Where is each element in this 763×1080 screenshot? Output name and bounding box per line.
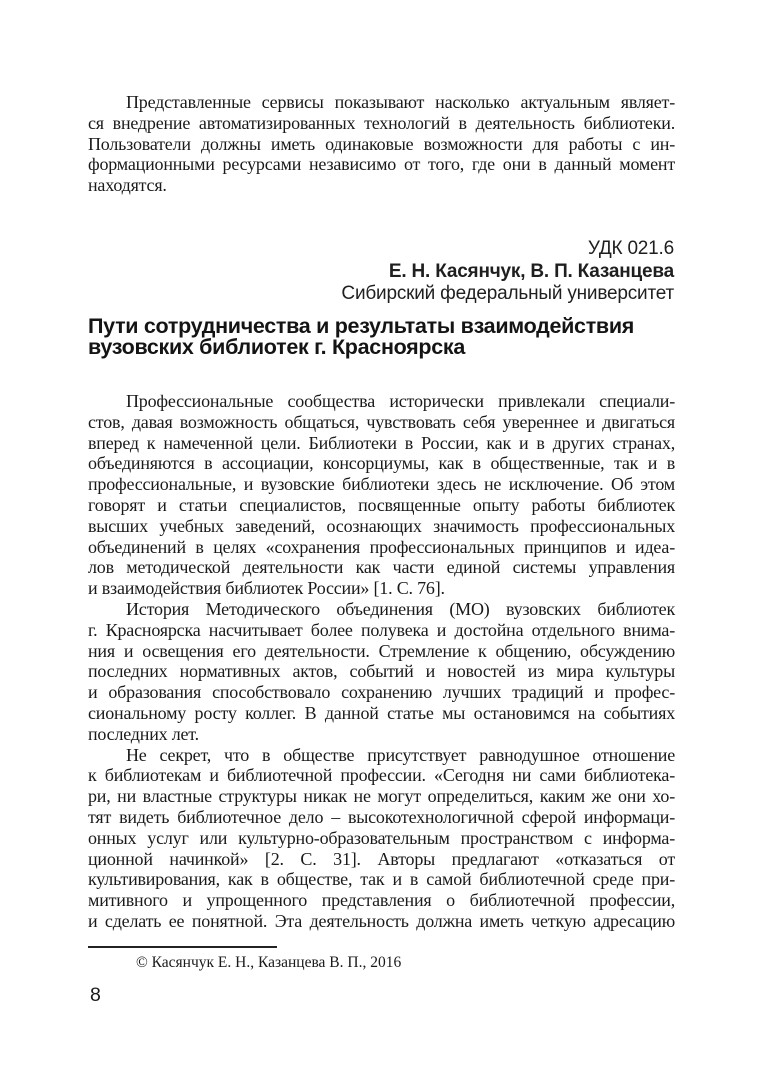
text-line: вузовских библиотек г. Красноярска <box>88 337 675 358</box>
footnote: © Касянчук Е. Н., Казанцева В. П., 2016 <box>88 954 675 972</box>
text-line: Не секрет, что в обществе присутствует р… <box>88 745 675 766</box>
text-line: объединений в целях «сохранения професси… <box>88 537 675 558</box>
text-line: лов методической деятельности как части … <box>88 557 675 578</box>
authors: Е. Н. Касянчук, В. П. Казанцева <box>341 261 674 284</box>
text-line: онных услуг или культурно-образовательны… <box>88 828 675 849</box>
footnote-rule <box>88 946 277 948</box>
text-line: ния и освещения его деятельности. Стремл… <box>88 641 675 662</box>
text-line: сиональному росту коллег. В данной стать… <box>88 703 675 724</box>
text-line: находятся. <box>88 175 675 196</box>
document-page: Представленные сервисы показывают наскол… <box>0 0 763 1080</box>
text-line: высших учебных заведений, осознающих зна… <box>88 516 675 537</box>
affiliation: Сибирский федеральный университет <box>341 283 674 306</box>
text-line: ся внедрение автоматизированных технолог… <box>88 113 675 134</box>
text-line: культивирования, как в обществе, так и в… <box>88 869 675 890</box>
text-line: формационными ресурсами независимо от то… <box>88 154 675 175</box>
text-line: и взаимодействия библиотек России» [1. С… <box>88 578 675 599</box>
text-line: тят видеть библиотечное дело – высокотех… <box>88 807 675 828</box>
text-line: Профессиональные сообщества исторически … <box>88 391 675 412</box>
paragraph: Не секрет, что в обществе присутствует р… <box>88 745 675 932</box>
text-line: Пути сотрудничества и результаты взаимод… <box>88 316 675 337</box>
article-meta: УДК 021.6 Е. Н. Касянчук, В. П. Казанцев… <box>341 238 674 306</box>
text-line: стов, давая возможность общаться, чувств… <box>88 412 675 433</box>
text-line: последних нормативных актов, событий и н… <box>88 661 675 682</box>
text-line: Представленные сервисы показывают наскол… <box>88 92 675 113</box>
text-line: говорят и статьи специалистов, посвященн… <box>88 495 675 516</box>
text-line: и образования способствовало сохранению … <box>88 682 675 703</box>
text-line: г. Красноярска насчитывает более полувек… <box>88 620 675 641</box>
text-line: к библиотекам и библиотечной профессии. … <box>88 765 675 786</box>
paragraph: Профессиональные сообщества исторически … <box>88 391 675 599</box>
udc-code: УДК 021.6 <box>341 238 674 261</box>
text-line: вперед к намеченной цели. Библиотеки в Р… <box>88 433 675 454</box>
article-body: Профессиональные сообщества исторически … <box>88 391 675 932</box>
text-line: объединяются в ассоциации, консорциумы, … <box>88 453 675 474</box>
text-line: ционной начинкой» [2. С. 31]. Авторы пре… <box>88 849 675 870</box>
article-title: Пути сотрудничества и результаты взаимод… <box>88 316 675 358</box>
text-line: Пользователи должны иметь одинаковые воз… <box>88 134 675 155</box>
text-line: и сделать ее понятной. Эта деятельность … <box>88 911 675 932</box>
text-line: митивного и упрощенного представления о … <box>88 890 675 911</box>
text-line: последних лет. <box>88 724 675 745</box>
text-line: ри, ни властные структуры никак не могут… <box>88 786 675 807</box>
intro-paragraph: Представленные сервисы показывают наскол… <box>88 92 675 196</box>
page-number: 8 <box>90 984 101 1007</box>
paragraph: История Методического объединения (МО) в… <box>88 599 675 745</box>
text-line: История Методического объединения (МО) в… <box>88 599 675 620</box>
text-line: профессиональные, и вузовские библиотеки… <box>88 474 675 495</box>
